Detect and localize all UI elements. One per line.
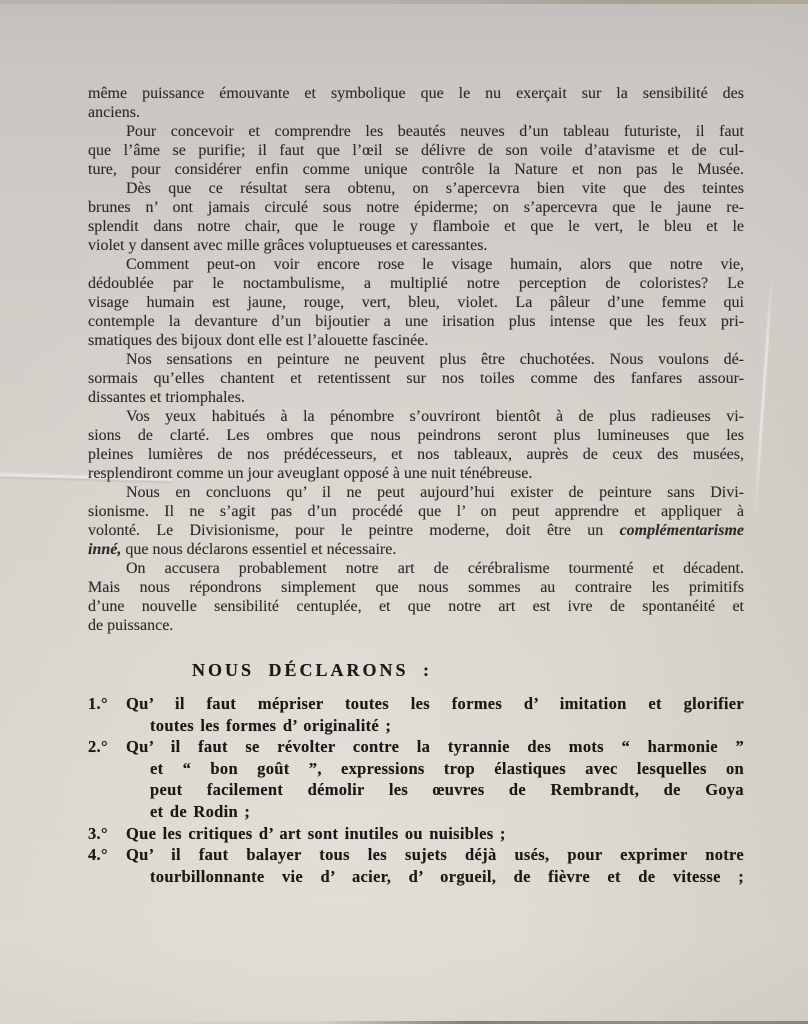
text-line: que l’âme se purifie; il faut que l’œil … <box>88 141 744 160</box>
text-line: volonté. Le Divisionisme, pour le peintr… <box>88 521 744 540</box>
text-line: Mais nous répondrons simplement que nous… <box>88 578 744 597</box>
paragraph: Pour concevoir et comprendre les beautés… <box>88 122 744 179</box>
text-line: Nous en concluons qu’ il ne peut aujourd… <box>88 483 744 502</box>
text-line: peut facilement démolir les œuvres de Re… <box>88 779 744 801</box>
text-line: toutes les formes d’ originalité ; <box>88 715 744 737</box>
paragraph: Comment peut-on voir encore rose le visa… <box>88 255 744 350</box>
scanned-document-page: même puissance émouvante et symbolique q… <box>0 0 808 1024</box>
text-line: Comment peut-on voir encore rose le visa… <box>88 255 744 274</box>
declaration-item-4: 4.° Qu’ il faut balayer tous les sujets … <box>88 844 744 887</box>
declaration-item-2: 2.° Qu’ il faut se révolter contre la ty… <box>88 736 744 822</box>
item-number: 2.° <box>88 736 108 758</box>
text-line: visage humain est jaune, rouge, vert, bl… <box>88 293 744 312</box>
paragraph: même puissance émouvante et symbolique q… <box>88 84 744 122</box>
paragraph: On accusera probablement notre art de cé… <box>88 559 744 635</box>
text-line: pleines lumières de nos prédécesseurs, e… <box>88 445 744 464</box>
text-line: Que les critiques d’ art sont inutiles o… <box>88 823 744 845</box>
text-line: sionisme. Il ne s’agit pas d’un procédé … <box>88 502 744 521</box>
paper-crease-right <box>753 270 773 520</box>
text-line: Pour concevoir et comprendre les beautés… <box>88 122 744 141</box>
emphasis-text: complémentarisme <box>620 522 744 539</box>
text-line: même puissance émouvante et symbolique q… <box>88 84 744 103</box>
text-segment: que nous déclarons essentiel et nécessai… <box>121 541 396 558</box>
text-line: inné, que nous déclarons essentiel et né… <box>88 540 744 559</box>
text-line: dédoublée par le noctambulisme, a multip… <box>88 274 744 293</box>
text-line: Qu’ il faut mépriser toutes les formes d… <box>88 693 744 715</box>
declaration-item-3: 3.° Que les critiques d’ art sont inutil… <box>88 823 744 845</box>
text-line: On accusera probablement notre art de cé… <box>88 559 744 578</box>
text-segment: volonté. Le Divisionisme, pour le peintr… <box>88 522 620 539</box>
text-line: resplendiront comme un jour aveuglant op… <box>88 464 744 483</box>
declaration-item-1: 1.° Qu’ il faut mépriser toutes les form… <box>88 693 744 736</box>
text-line: smatiques des bijoux dont elle est l’alo… <box>88 331 744 350</box>
text-line: d’une nouvelle sensibilité centuplée, et… <box>88 597 744 616</box>
paragraph: Nous en concluons qu’ il ne peut aujourd… <box>88 483 744 559</box>
text-line: sormais qu’elles chantent et retentissen… <box>88 369 744 388</box>
item-number: 3.° <box>88 823 108 845</box>
declarations-heading: NOUS DÉCLARONS : <box>88 661 744 680</box>
text-line: Vos yeux habitués à la pénombre s’ouvrir… <box>88 407 744 426</box>
document-text-block: même puissance émouvante et symbolique q… <box>88 84 744 887</box>
text-line: dissantes et triomphales. <box>88 388 744 407</box>
text-line: brunes n’ ont jamais circulé sous notre … <box>88 198 744 217</box>
text-line: Nos sensations en peinture ne peuvent pl… <box>88 350 744 369</box>
text-line: anciens. <box>88 103 744 122</box>
item-number: 4.° <box>88 844 108 866</box>
text-line: sions de clarté. Les ombres que nous pei… <box>88 426 744 445</box>
emphasis-text: inné, <box>88 541 121 558</box>
text-line: contemple la devanture d’un bijoutier a … <box>88 312 744 331</box>
paragraph: Nos sensations en peinture ne peuvent pl… <box>88 350 744 407</box>
paragraph: Dès que ce résultat sera obtenu, on s’ap… <box>88 179 744 255</box>
text-line: de puissance. <box>88 616 744 635</box>
paragraph: Vos yeux habitués à la pénombre s’ouvrir… <box>88 407 744 483</box>
text-line: Qu’ il faut se révolter contre la tyrann… <box>88 736 744 758</box>
scan-edge-top <box>0 0 808 4</box>
text-line: Dès que ce résultat sera obtenu, on s’ap… <box>88 179 744 198</box>
text-line: violet y dansent avec mille grâces volup… <box>88 236 744 255</box>
text-line: splendit dans notre chair, que le rouge … <box>88 217 744 236</box>
text-line: et “ bon goût ”, expressions trop élasti… <box>88 758 744 780</box>
text-line: et de Rodin ; <box>88 801 744 823</box>
text-line: tourbillonnante vie d’ acier, d’ orgueil… <box>88 866 744 888</box>
item-number: 1.° <box>88 693 108 715</box>
text-line: ture, pour considérer enfin comme unique… <box>88 160 744 179</box>
text-line: Qu’ il faut balayer tous les sujets déjà… <box>88 844 744 866</box>
declarations-list: 1.° Qu’ il faut mépriser toutes les form… <box>88 693 744 887</box>
